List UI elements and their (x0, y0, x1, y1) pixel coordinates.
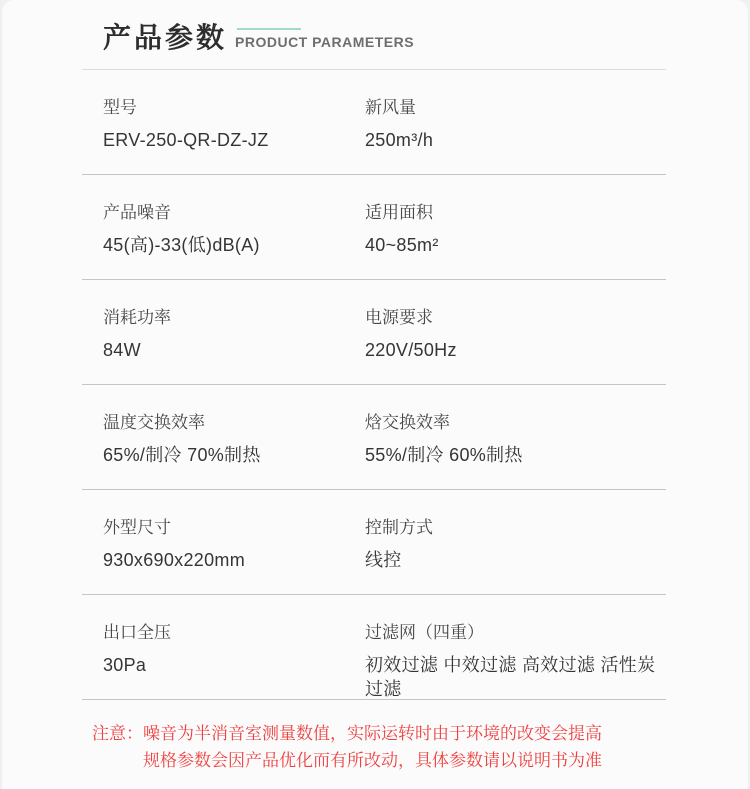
spec-row-noise-area: 产品噪音 45(高)-33(低)dB(A) 适用面积 40~85m² (82, 175, 666, 280)
spec-label: 出口全压 (103, 621, 365, 644)
spec-cell-control: 控制方式 线控 (365, 516, 666, 594)
spec-cell-enthalpy-efficiency: 焓交换效率 55%/制冷 60%制热 (365, 411, 666, 489)
spec-cell-airflow: 新风量 250m³/h (365, 96, 666, 174)
spec-cell-area: 适用面积 40~85m² (365, 201, 666, 279)
spec-label: 外型尺寸 (103, 516, 365, 539)
spec-value: 250m³/h (365, 128, 666, 152)
spec-label: 产品噪音 (103, 201, 365, 224)
spec-cell-model: 型号 ERV-250-QR-DZ-JZ (103, 96, 365, 174)
spec-value: 55%/制冷 60%制热 (365, 443, 666, 467)
spec-table: 型号 ERV-250-QR-DZ-JZ 新风量 250m³/h 产品噪音 45(… (2, 70, 748, 700)
spec-row-model-airflow: 型号 ERV-250-QR-DZ-JZ 新风量 250m³/h (82, 70, 666, 175)
spec-cell-temp-efficiency: 温度交换效率 65%/制冷 70%制热 (103, 411, 365, 489)
spec-row-exchange-efficiency: 温度交换效率 65%/制冷 70%制热 焓交换效率 55%/制冷 60%制热 (82, 385, 666, 490)
spec-row-power-supply: 消耗功率 84W 电源要求 220V/50Hz (82, 280, 666, 385)
note-line-1: 噪音为半消音室测量数值，实际运转时由于环境的改变会提高 (143, 720, 602, 747)
spec-label: 消耗功率 (103, 306, 365, 329)
section-header: 产品参数 PRODUCT PARAMETERS (2, 0, 748, 70)
header-divider (82, 69, 666, 70)
spec-value: 65%/制冷 70%制热 (103, 443, 365, 467)
spec-row-size-control: 外型尺寸 930x690x220mm 控制方式 线控 (82, 490, 666, 595)
spec-cell-voltage: 电源要求 220V/50Hz (365, 306, 666, 384)
disclaimer-note: 注意： 噪音为半消音室测量数值，实际运转时由于环境的改变会提高 规格参数会因产品… (2, 700, 748, 774)
section-title: 产品参数 (103, 21, 227, 55)
spec-value: 45(高)-33(低)dB(A) (103, 233, 365, 257)
spec-label: 电源要求 (365, 306, 666, 329)
product-parameters-card: 产品参数 PRODUCT PARAMETERS 型号 ERV-250-QR-DZ… (2, 0, 748, 789)
section-subtitle-en: PRODUCT PARAMETERS (235, 33, 414, 51)
spec-cell-dimensions: 外型尺寸 930x690x220mm (103, 516, 365, 594)
spec-value: 84W (103, 338, 365, 362)
spec-value: 30Pa (103, 653, 365, 677)
spec-label: 焓交换效率 (365, 411, 666, 434)
accent-line (237, 28, 301, 30)
note-line-2: 规格参数会因产品优化而有所改动，具体参数请以说明书为准 (143, 747, 602, 774)
section-subtitle-wrap: PRODUCT PARAMETERS (235, 21, 414, 51)
spec-label: 温度交换效率 (103, 411, 365, 434)
spec-label: 过滤网（四重） (365, 621, 666, 644)
note-prefix: 注意： (92, 720, 143, 774)
spec-label: 控制方式 (365, 516, 666, 539)
spec-row-pressure-filter: 出口全压 30Pa 过滤网（四重） 初效过滤 中效过滤 高效过滤 活性炭过滤 (82, 595, 666, 700)
note-lines: 噪音为半消音室测量数值，实际运转时由于环境的改变会提高 规格参数会因产品优化而有… (143, 720, 602, 774)
spec-value: 220V/50Hz (365, 338, 666, 362)
spec-label: 新风量 (365, 96, 666, 119)
spec-value: 930x690x220mm (103, 548, 365, 572)
spec-cell-pressure: 出口全压 30Pa (103, 621, 365, 699)
spec-cell-power: 消耗功率 84W (103, 306, 365, 384)
spec-value: 线控 (365, 548, 666, 572)
spec-value: ERV-250-QR-DZ-JZ (103, 128, 365, 152)
spec-label: 型号 (103, 96, 365, 119)
spec-cell-filter: 过滤网（四重） 初效过滤 中效过滤 高效过滤 活性炭过滤 (365, 621, 666, 699)
spec-label: 适用面积 (365, 201, 666, 224)
spec-cell-noise: 产品噪音 45(高)-33(低)dB(A) (103, 201, 365, 279)
spec-value: 初效过滤 中效过滤 高效过滤 活性炭过滤 (365, 653, 666, 701)
spec-value: 40~85m² (365, 233, 666, 257)
